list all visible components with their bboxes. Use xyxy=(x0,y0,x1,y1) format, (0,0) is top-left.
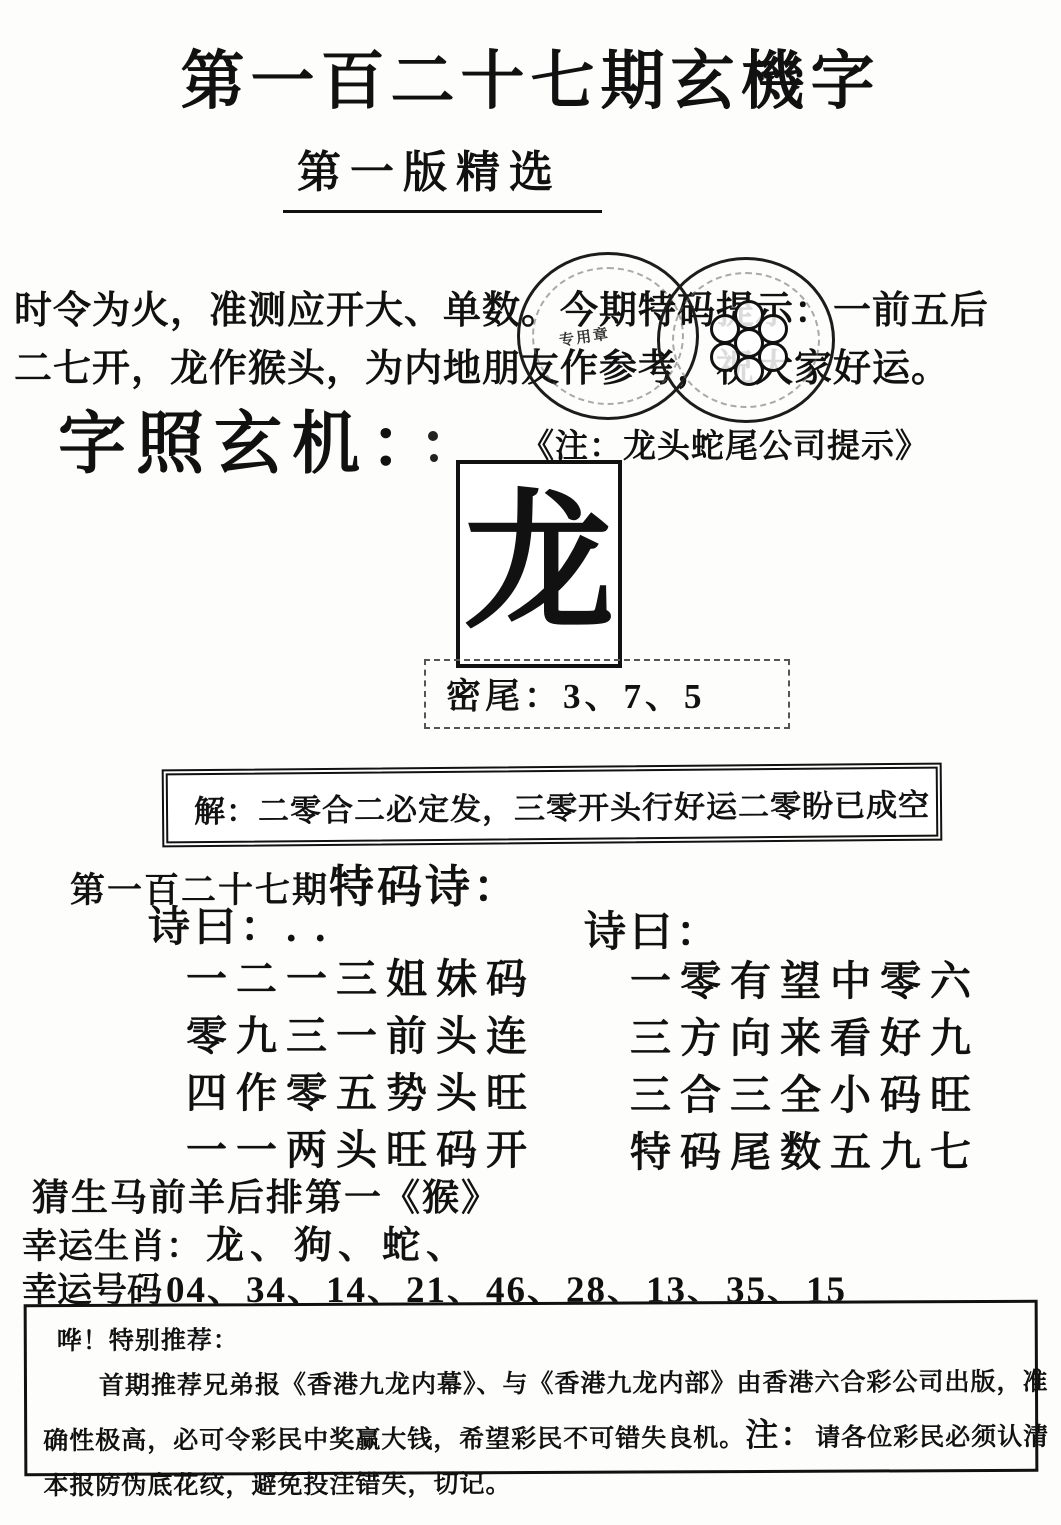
footer-line-3-rest: 请各位彩民必须认清 xyxy=(815,1424,1049,1452)
zodiac-guess-line: 猜生马前羊后排第一《猴》 xyxy=(32,1167,500,1221)
poem-line: 特码尾数五九七 xyxy=(630,1119,980,1176)
intro-line-1: 时令为火，准测应开大、单数。今期特码提示：一前五后 xyxy=(14,279,989,334)
special-recommendation-box: 哗！特别推荐： 首期推荐兄弟报《香港九龙内幕》、与《香港九龙内部》由香港六合彩公… xyxy=(24,1300,1039,1476)
poem-line: 一零有望中零六 xyxy=(630,948,980,1005)
tail-numbers-box: 密尾：3、7、5 xyxy=(424,659,790,729)
scanned-lottery-sheet: 第一百二十七期玄機字 第一版精选 时令为火，准测应开大、单数。今期特码提示：一前… xyxy=(0,0,1061,1525)
footer-line-4: 本报防伪底花纹，避免投注错失，切记。 xyxy=(43,1462,1019,1502)
footer-line-2: 首期推荐兄弟报《香港九龙内幕》、与《香港九龙内部》由香港六合彩公司出版，准 xyxy=(43,1362,1019,1402)
footer-line-3-text: 确性极高，必可令彩民中奖赢大钱，希望彩民不可错失良机。 xyxy=(43,1425,745,1455)
poem-column-left: 一二一三姐妹码 零九三一前头连 四作零五势头旺 一一两头旺码开 xyxy=(186,946,536,1174)
poem-line: 一一两头旺码开 xyxy=(186,1117,536,1174)
round-stamp-right xyxy=(657,257,835,423)
solution-text: 解：二零合二必定发，三零开头行好运二零盼已成空 xyxy=(194,779,930,830)
poem-label-left: 诗曰：. . xyxy=(148,894,330,954)
page-subtitle: 第一版精选 xyxy=(283,136,602,213)
poem-title-main: 特码诗： xyxy=(329,862,521,912)
poem-line: 三合三全小码旺 xyxy=(630,1062,980,1119)
mystery-headline: 字照玄机： xyxy=(58,390,448,487)
footer-note-label: 注： xyxy=(745,1418,815,1454)
poem-line: 零九三一前头连 xyxy=(186,1003,536,1060)
solution-box: 解：二零合二必定发，三零开头行好运二零盼已成空 xyxy=(162,763,943,848)
footer-line-1: 哗！特别推荐： xyxy=(57,1317,1019,1357)
poem-line: 三方向来看好九 xyxy=(630,1005,980,1062)
main-character: 龙 xyxy=(464,489,614,639)
ink-speckle xyxy=(428,431,438,441)
main-character-box: 龙 xyxy=(456,460,622,668)
ink-speckle xyxy=(430,454,438,462)
page-title: 第一百二十七期玄機字 xyxy=(0,30,1061,122)
poem-line: 一二一三姐妹码 xyxy=(186,946,536,1003)
tail-numbers: 密尾：3、7、5 xyxy=(446,669,706,719)
footer-line-3: 确性极高，必可令彩民中奖赢大钱，希望彩民不可错失良机。注：请各位彩民必须认清 xyxy=(43,1408,1019,1459)
poem-column-right: 一零有望中零六 三方向来看好九 三合三全小码旺 特码尾数五九七 xyxy=(630,948,980,1176)
seal-flower-icon xyxy=(701,295,791,385)
poem-line: 四作零五势头旺 xyxy=(186,1060,536,1117)
